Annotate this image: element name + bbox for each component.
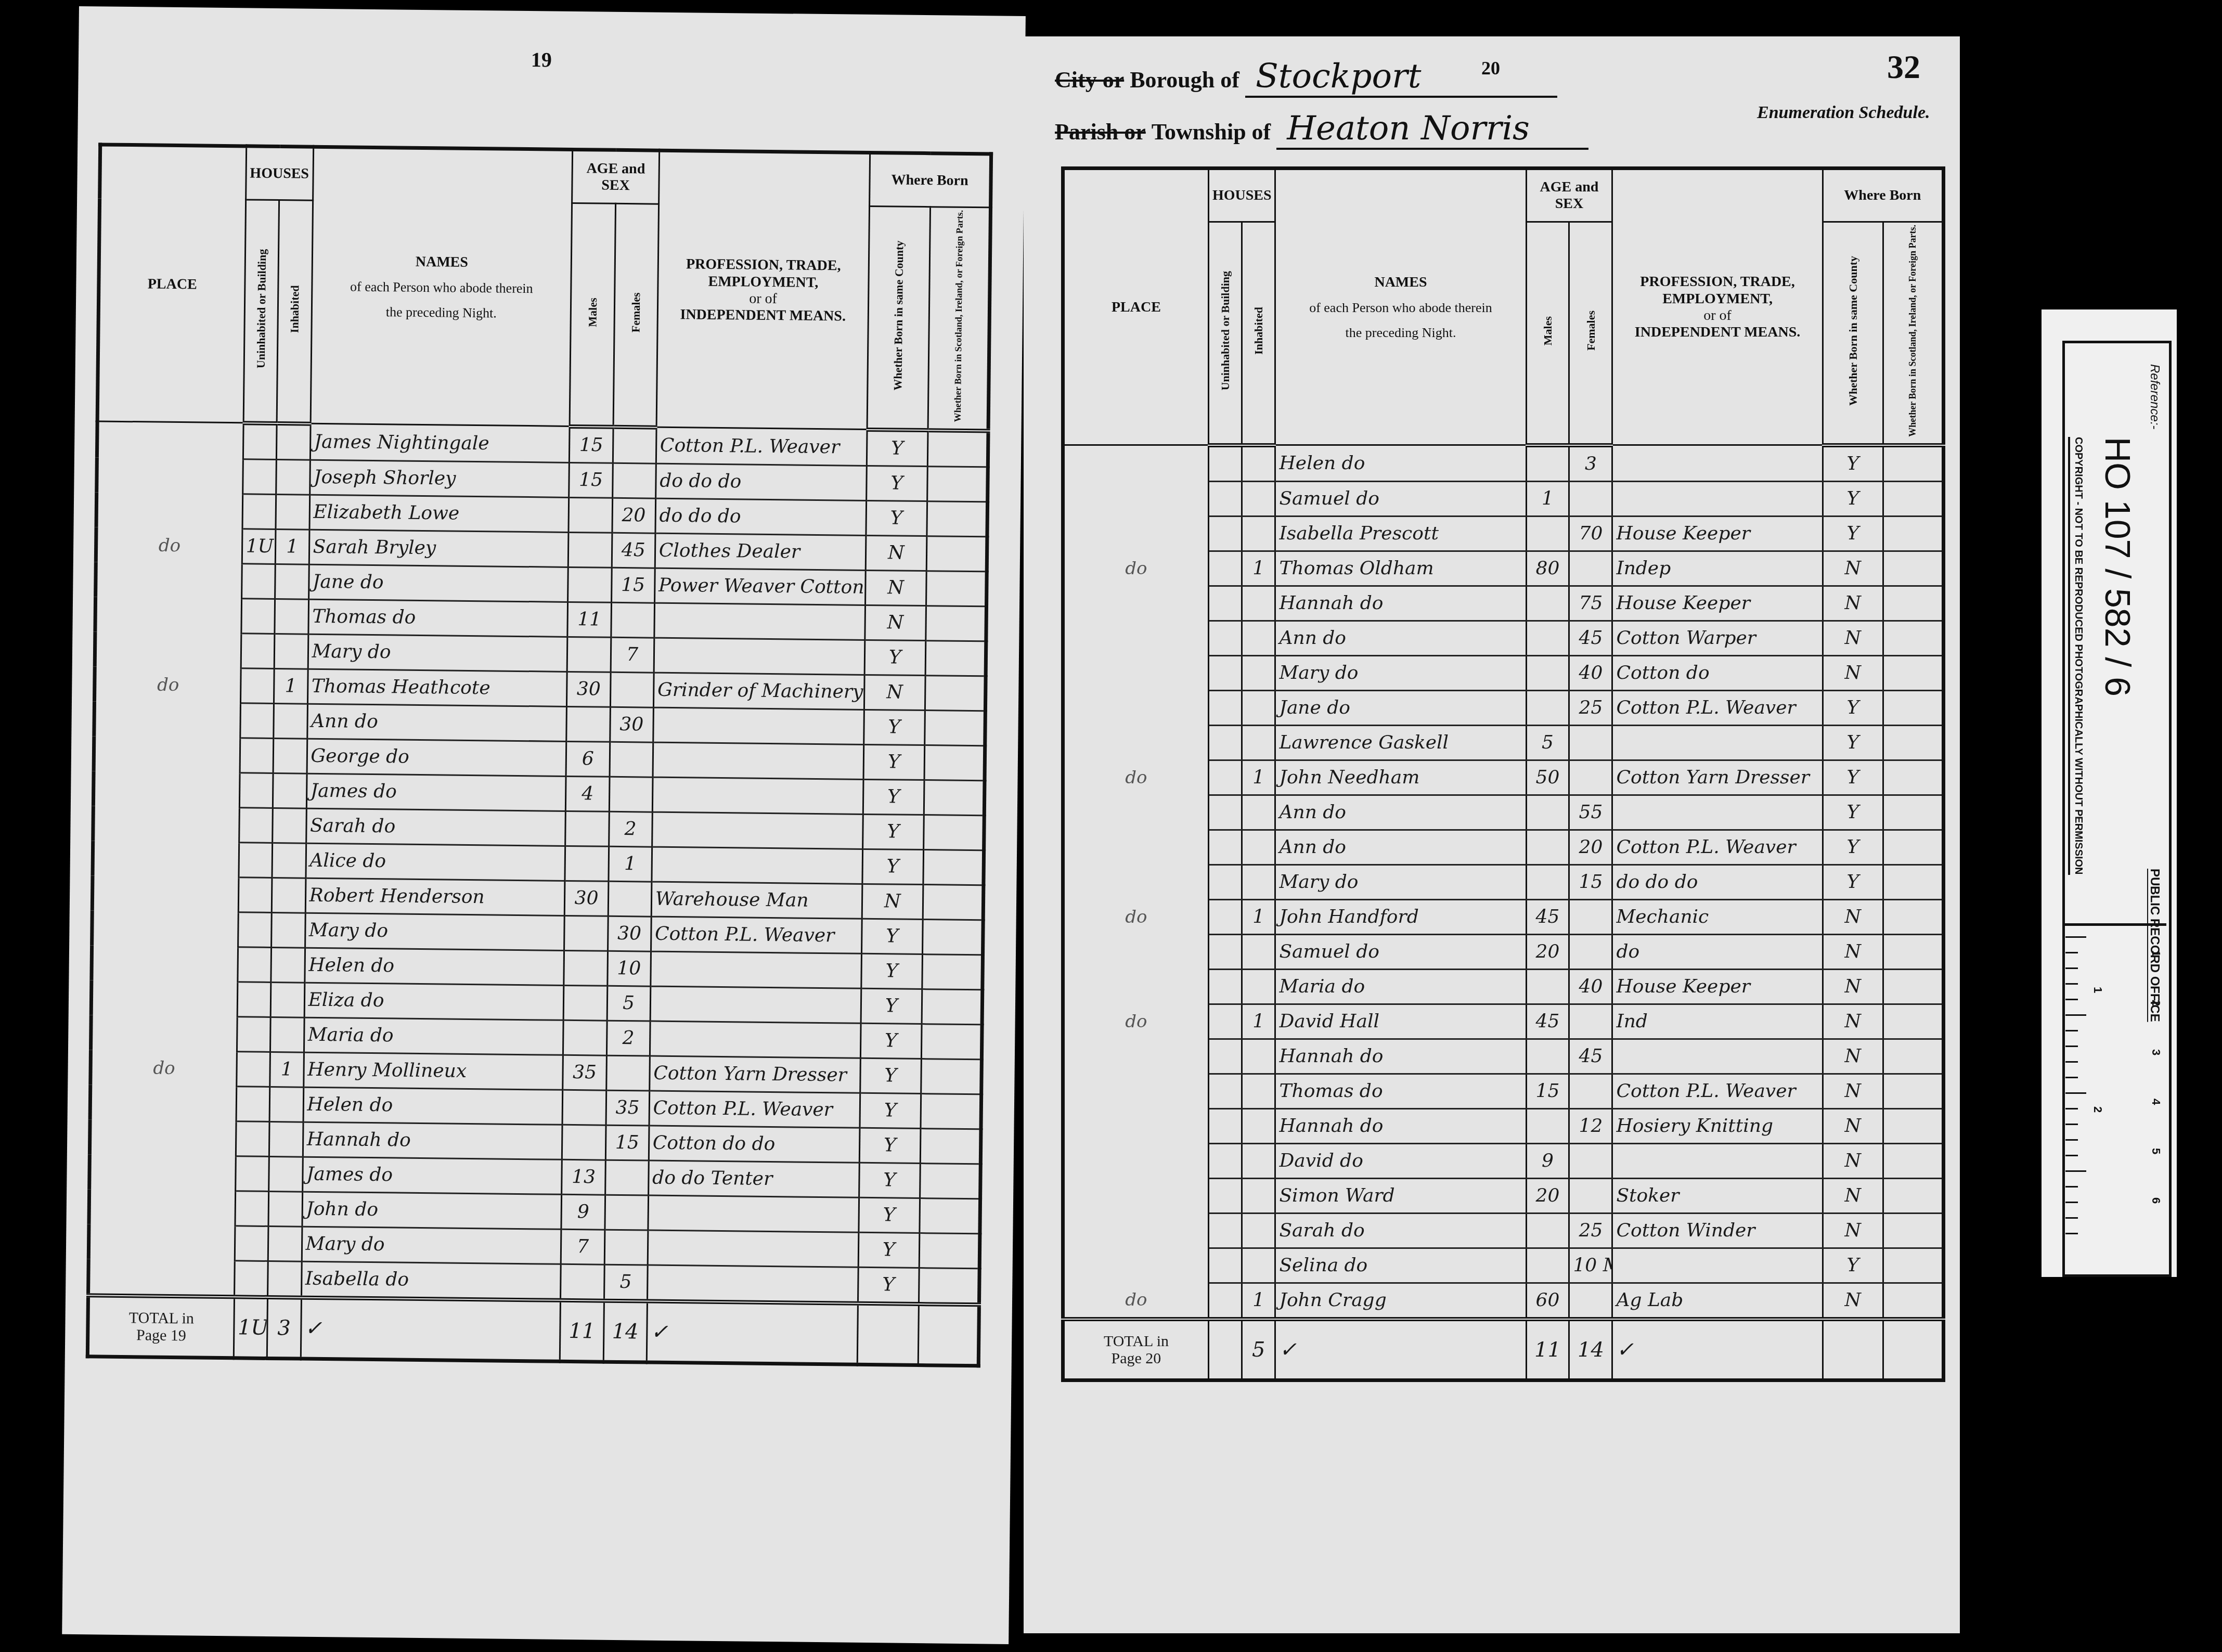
cell-inhabited bbox=[1242, 1074, 1275, 1108]
cell-female: 10 bbox=[607, 951, 651, 986]
cell-name: Robert Henderson bbox=[305, 878, 565, 915]
township-line: Parish or Township of Heaton Norris bbox=[1055, 109, 1588, 150]
table-row: Samuel do20doN bbox=[1063, 934, 1944, 969]
cell-place: do bbox=[96, 527, 242, 564]
cell-elsewhere bbox=[926, 571, 987, 606]
scale-tick bbox=[2065, 952, 2078, 953]
copyright-notice: COPYRIGHT - NOT TO BE REPRODUCED PHOTOGR… bbox=[2068, 437, 2084, 875]
cell-female: 25 bbox=[1569, 1213, 1612, 1248]
profession-line-1: PROFESSION, TRADE, bbox=[1640, 274, 1794, 290]
cell-female bbox=[1569, 551, 1612, 586]
cell-elsewhere bbox=[1883, 969, 1943, 1004]
cell-place bbox=[1063, 1074, 1209, 1108]
cell-same-county: N bbox=[1823, 1108, 1883, 1143]
cell-elsewhere bbox=[1883, 830, 1943, 864]
profession-line-1: PROFESSION, TRADE, bbox=[686, 256, 841, 274]
cell-place bbox=[1063, 445, 1209, 482]
cell-uninhabited bbox=[239, 808, 273, 843]
col-header-place: PLACE bbox=[97, 145, 246, 423]
cell-inhabited bbox=[271, 947, 305, 983]
cell-male bbox=[1526, 1248, 1569, 1283]
cell-place bbox=[1063, 934, 1209, 969]
cell-female: 3 bbox=[1569, 445, 1612, 482]
cell-profession: Cotton do bbox=[1612, 655, 1823, 690]
cell-place bbox=[1063, 1213, 1209, 1248]
cell-profession: Ind bbox=[1612, 1004, 1823, 1039]
cell-female: 10 Months bbox=[1569, 1248, 1612, 1283]
cell-elsewhere bbox=[921, 1059, 981, 1094]
cell-same-county: Y bbox=[860, 1058, 921, 1093]
names-title: NAMES bbox=[416, 254, 468, 270]
cell-profession bbox=[647, 1265, 858, 1303]
borough-prefix-struck: City or bbox=[1055, 67, 1124, 93]
names-sub2: the preceding Night. bbox=[1278, 325, 1523, 341]
cell-same-county: Y bbox=[859, 1163, 920, 1198]
cell-same-county: N bbox=[865, 570, 926, 605]
cell-same-county: N bbox=[1823, 1143, 1883, 1178]
cell-inhabited bbox=[272, 843, 306, 878]
cell-profession bbox=[652, 777, 863, 814]
cell-same-county: Y bbox=[864, 709, 925, 745]
cell-male bbox=[563, 1020, 607, 1055]
cell-name: David do bbox=[1275, 1143, 1526, 1178]
col-header-uninhabited: Uninhabited or Building bbox=[254, 249, 268, 369]
cell-same-county: Y bbox=[862, 849, 923, 884]
scale-tick bbox=[2065, 1030, 2078, 1031]
cell-female: 45 bbox=[1569, 621, 1612, 655]
cell-profession: Cotton P.L. Weaver bbox=[651, 917, 862, 953]
cell-inhabited bbox=[1242, 1108, 1275, 1143]
col-header-profession: PROFESSION, TRADE, EMPLOYMENT, or of IND… bbox=[656, 150, 870, 430]
cell-profession bbox=[648, 1195, 859, 1232]
cell-uninhabited: 1U bbox=[242, 529, 276, 564]
census-rows-left: James Nightingale15Cotton P.L. WeaverYJo… bbox=[87, 421, 988, 1365]
cell-uninhabited bbox=[1208, 621, 1242, 655]
cell-elsewhere bbox=[919, 1268, 979, 1305]
cell-male bbox=[1526, 655, 1569, 690]
cell-elsewhere bbox=[922, 919, 983, 954]
cell-inhabited bbox=[1242, 516, 1275, 551]
cell-female: 7 bbox=[611, 637, 654, 673]
cell-male: 60 bbox=[1526, 1283, 1569, 1319]
cell-name: James do bbox=[302, 1157, 562, 1194]
cell-elsewhere bbox=[1883, 725, 1943, 760]
cell-place bbox=[88, 1224, 235, 1261]
table-row: do1David Hall45IndN bbox=[1063, 1004, 1944, 1039]
cell-female bbox=[613, 427, 656, 463]
cell-place bbox=[96, 493, 242, 529]
cell-name: Henry Mollineux bbox=[303, 1052, 563, 1090]
scale-tick bbox=[2065, 967, 2078, 969]
cell-elsewhere bbox=[1883, 1004, 1943, 1039]
cell-name: Mary do bbox=[1275, 864, 1526, 899]
cell-elsewhere bbox=[927, 467, 988, 502]
cell-place bbox=[1063, 1143, 1209, 1178]
left-page: 19 PLACE HOUSES NAMES of each Person who… bbox=[62, 6, 1026, 1644]
cell-same-county: Y bbox=[862, 919, 923, 954]
cell-name: Mary do bbox=[308, 634, 568, 672]
cell-inhabited bbox=[1242, 1143, 1275, 1178]
cell-same-county: Y bbox=[859, 1128, 920, 1163]
cell-elsewhere bbox=[924, 745, 985, 780]
cell-uninhabited bbox=[236, 1052, 270, 1087]
cell-profession: House Keeper bbox=[1612, 586, 1823, 621]
cell-inhabited bbox=[1242, 621, 1275, 655]
cell-inhabited bbox=[270, 1017, 304, 1052]
names-sub2: the preceding Night. bbox=[314, 304, 568, 322]
cell-name: Sarah do bbox=[306, 808, 566, 846]
cell-male bbox=[1526, 621, 1569, 655]
reference-prefix: Reference:- bbox=[2147, 364, 2162, 429]
cell-same-county: N bbox=[1823, 969, 1883, 1004]
cell-uninhabited bbox=[1208, 725, 1242, 760]
cell-name: Lawrence Gaskell bbox=[1275, 725, 1526, 760]
cell-male: 15 bbox=[569, 462, 613, 498]
scale-tick bbox=[2065, 1046, 2078, 1047]
cell-name: Ann do bbox=[1275, 830, 1526, 864]
cell-place bbox=[1063, 830, 1209, 864]
cell-inhabited bbox=[1242, 864, 1275, 899]
cell-name: Ann do bbox=[1275, 621, 1526, 655]
cell-profession: Hosiery Knitting bbox=[1612, 1108, 1823, 1143]
cell-place bbox=[1063, 690, 1209, 725]
cell-elsewhere bbox=[926, 536, 987, 571]
cell-elsewhere bbox=[920, 1128, 981, 1164]
cell-place bbox=[93, 771, 239, 808]
enumeration-schedule-label: Enumeration Schedule. bbox=[1757, 103, 1930, 123]
cell-same-county: Y bbox=[863, 814, 924, 849]
total-elsewhere bbox=[1883, 1319, 1943, 1380]
total-same-county bbox=[1823, 1319, 1883, 1380]
cell-female: 20 bbox=[612, 498, 656, 533]
cell-name: James Nightingale bbox=[310, 424, 570, 463]
cell-inhabited: 1 bbox=[1242, 899, 1275, 934]
cell-same-county: Y bbox=[1823, 690, 1883, 725]
cell-female bbox=[606, 1055, 650, 1091]
cell-female: 30 bbox=[608, 916, 651, 951]
scale-tick bbox=[2065, 1061, 2078, 1063]
cell-female bbox=[1569, 760, 1612, 795]
cell-elsewhere bbox=[923, 815, 984, 850]
cell-place bbox=[1063, 1108, 1209, 1143]
cell-profession: Cotton do do bbox=[649, 1126, 860, 1163]
cell-female: 15 bbox=[611, 567, 655, 603]
cell-male: 20 bbox=[1526, 934, 1569, 969]
cell-place bbox=[91, 1015, 237, 1052]
cell-profession: Cotton Warper bbox=[1612, 621, 1823, 655]
cell-elsewhere bbox=[924, 710, 985, 745]
cell-place: do bbox=[1063, 899, 1209, 934]
cell-inhabited bbox=[273, 773, 306, 808]
cell-inhabited bbox=[1242, 830, 1275, 864]
cell-male bbox=[566, 706, 610, 742]
cell-same-county: Y bbox=[861, 953, 922, 989]
cell-male bbox=[1526, 795, 1569, 830]
cell-male bbox=[564, 915, 608, 951]
cell-profession: Warehouse Man bbox=[651, 882, 862, 919]
cell-place: do bbox=[1063, 760, 1209, 795]
table-row: Mary do15do do doY bbox=[1063, 864, 1944, 899]
cell-male: 45 bbox=[1526, 899, 1569, 934]
profession-line-3: or of bbox=[1703, 307, 1732, 324]
cell-uninhabited bbox=[241, 599, 275, 634]
cell-female: 30 bbox=[610, 707, 653, 742]
cell-profession: Power Weaver Cotton bbox=[654, 568, 865, 605]
cell-female bbox=[1569, 899, 1612, 934]
cell-name: Samuel do bbox=[1275, 481, 1526, 516]
cell-name: Samuel do bbox=[1275, 934, 1526, 969]
cell-male: 45 bbox=[1526, 1004, 1569, 1039]
cell-male bbox=[1526, 445, 1569, 482]
scale-cm-label: 3 bbox=[2149, 1049, 2163, 1055]
cell-profession: Cotton Winder bbox=[1612, 1213, 1823, 1248]
cell-uninhabited bbox=[1208, 655, 1242, 690]
cell-uninhabited bbox=[234, 1261, 268, 1297]
cell-name: Ann do bbox=[1275, 795, 1526, 830]
reference-code: HO 107 / 582 / 6 bbox=[2097, 437, 2138, 696]
scale-cm-label: 2 bbox=[2149, 1000, 2163, 1006]
cell-place bbox=[89, 1190, 235, 1226]
cell-place bbox=[1063, 655, 1209, 690]
cell-place bbox=[1063, 725, 1209, 760]
cell-place bbox=[97, 458, 243, 494]
cell-inhabited bbox=[1242, 1039, 1275, 1074]
cell-name: Ann do bbox=[307, 704, 567, 741]
table-row: Thomas do15Cotton P.L. WeaverN bbox=[1063, 1074, 1944, 1108]
cell-name: James do bbox=[306, 773, 566, 811]
table-row: Ann do20Cotton P.L. WeaverY bbox=[1063, 830, 1944, 864]
cell-place bbox=[1063, 1248, 1209, 1283]
cell-male bbox=[1526, 690, 1569, 725]
cell-name: David Hall bbox=[1275, 1004, 1526, 1039]
cell-profession bbox=[1612, 725, 1823, 760]
cell-place bbox=[1063, 481, 1209, 516]
table-row: David do9N bbox=[1063, 1143, 1944, 1178]
cell-female bbox=[605, 1195, 649, 1230]
cell-female bbox=[1569, 1074, 1612, 1108]
cell-inhabited: 1 bbox=[1242, 760, 1275, 795]
cell-same-county: Y bbox=[1823, 445, 1883, 482]
total-label-line-2: Page 20 bbox=[1068, 1350, 1205, 1367]
cell-inhabited bbox=[269, 1121, 303, 1157]
cell-profession: do do do bbox=[655, 498, 867, 535]
col-header-inhabited: Inhabited bbox=[1252, 307, 1265, 355]
cell-same-county: Y bbox=[859, 1197, 920, 1233]
cell-elsewhere bbox=[1883, 516, 1943, 551]
cell-male bbox=[1526, 516, 1569, 551]
cell-elsewhere bbox=[1883, 445, 1943, 482]
cell-place bbox=[1063, 516, 1209, 551]
cell-female bbox=[608, 881, 652, 917]
table-row: Lawrence Gaskell5Y bbox=[1063, 725, 1944, 760]
cell-place bbox=[93, 841, 239, 877]
cell-male: 1 bbox=[1526, 481, 1569, 516]
cell-inhabited bbox=[275, 599, 308, 634]
scale-tick bbox=[2065, 1124, 2078, 1125]
total-names-check: ✓ bbox=[301, 1297, 561, 1361]
cell-name: Helen do bbox=[1275, 445, 1526, 482]
cell-name: Jane do bbox=[1275, 690, 1526, 725]
cell-profession: Indep bbox=[1612, 551, 1823, 586]
cell-male bbox=[1526, 1108, 1569, 1143]
cell-name: Mary do bbox=[302, 1227, 562, 1264]
cell-female bbox=[1569, 1004, 1612, 1039]
cell-place bbox=[1063, 586, 1209, 621]
cell-uninhabited bbox=[1208, 551, 1242, 586]
cell-uninhabited bbox=[1208, 1178, 1242, 1213]
cell-same-county: N bbox=[1823, 655, 1883, 690]
measurement-scale: 12345612 bbox=[2062, 923, 2166, 1259]
cell-uninhabited bbox=[240, 738, 274, 773]
cell-name: Sarah do bbox=[1275, 1213, 1526, 1248]
cell-profession: Cotton Yarn Dresser bbox=[649, 1056, 860, 1093]
cell-place bbox=[1063, 864, 1209, 899]
cell-male: 11 bbox=[567, 602, 611, 637]
cell-elsewhere bbox=[1883, 621, 1943, 655]
cell-same-county: Y bbox=[863, 744, 924, 780]
cell-uninhabited bbox=[1208, 760, 1242, 795]
cell-male bbox=[565, 811, 609, 846]
cell-uninhabited bbox=[235, 1226, 268, 1261]
cell-elsewhere bbox=[919, 1233, 980, 1268]
cell-same-county: Y bbox=[1823, 516, 1883, 551]
cell-profession bbox=[653, 742, 864, 779]
cell-male: 7 bbox=[561, 1229, 605, 1264]
cell-female: 20 bbox=[1569, 830, 1612, 864]
cell-same-county: Y bbox=[1823, 1248, 1883, 1283]
cell-female: 45 bbox=[1569, 1039, 1612, 1074]
cell-name: Thomas Oldham bbox=[1275, 551, 1526, 586]
table-row: Samuel do1Y bbox=[1063, 481, 1944, 516]
cell-profession bbox=[1612, 445, 1823, 482]
cell-name: Thomas Heathcote bbox=[307, 669, 567, 706]
cell-inhabited: 1 bbox=[1242, 1283, 1275, 1319]
cell-place bbox=[1063, 969, 1209, 1004]
cell-name: Helen do bbox=[304, 948, 564, 985]
cell-elsewhere bbox=[921, 1093, 981, 1129]
cell-elsewhere bbox=[919, 1198, 980, 1233]
cell-uninhabited bbox=[238, 912, 272, 948]
cell-inhabited bbox=[275, 564, 309, 599]
col-header-houses: HOUSES bbox=[246, 146, 313, 200]
cell-profession bbox=[1612, 1039, 1823, 1074]
cell-profession bbox=[651, 951, 862, 988]
scale-tick bbox=[2065, 983, 2078, 985]
cell-uninhabited bbox=[241, 564, 275, 599]
table-row: Sarah do25Cotton WinderN bbox=[1063, 1213, 1944, 1248]
scale-tick bbox=[2065, 1155, 2078, 1156]
cell-profession: do do do bbox=[655, 463, 867, 500]
borough-value: Stockport bbox=[1245, 57, 1557, 98]
cell-inhabited bbox=[1242, 655, 1275, 690]
cell-female: 75 bbox=[1569, 586, 1612, 621]
cell-elsewhere bbox=[925, 675, 986, 711]
cell-female: 45 bbox=[612, 533, 655, 568]
cell-inhabited bbox=[1242, 934, 1275, 969]
cell-place bbox=[97, 421, 243, 459]
cell-female: 15 bbox=[1569, 864, 1612, 899]
cell-elsewhere bbox=[926, 501, 987, 536]
cell-male bbox=[567, 637, 611, 672]
cell-inhabited: 1 bbox=[270, 1052, 304, 1087]
cell-male: 9 bbox=[561, 1194, 605, 1230]
cell-uninhabited bbox=[235, 1191, 269, 1227]
cell-elsewhere bbox=[922, 989, 983, 1024]
cell-female: 12 bbox=[1569, 1108, 1612, 1143]
col-header-males: Males bbox=[1541, 316, 1554, 345]
cell-male bbox=[565, 846, 609, 881]
cell-uninhabited bbox=[1208, 1248, 1242, 1283]
cell-elsewhere bbox=[1883, 795, 1943, 830]
scale-tick bbox=[2065, 1108, 2078, 1109]
cell-profession bbox=[650, 1021, 861, 1058]
cell-same-county: Y bbox=[867, 466, 927, 501]
cell-female bbox=[1569, 481, 1612, 516]
cell-inhabited: 1 bbox=[1242, 551, 1275, 586]
cell-place: do bbox=[95, 667, 241, 703]
cell-elsewhere bbox=[1883, 1248, 1943, 1283]
cell-elsewhere bbox=[1883, 1143, 1943, 1178]
scale-tick bbox=[2065, 1186, 2078, 1188]
cell-same-county: N bbox=[1823, 1074, 1883, 1108]
scale-cm-label: 5 bbox=[2149, 1148, 2163, 1154]
cell-elsewhere bbox=[1883, 899, 1943, 934]
cell-female: 40 bbox=[1569, 655, 1612, 690]
cell-uninhabited bbox=[1208, 1074, 1242, 1108]
cell-inhabited bbox=[272, 877, 305, 913]
profession-line-2: EMPLOYMENT, bbox=[1662, 291, 1773, 307]
names-sub1: of each Person who abode therein bbox=[315, 279, 569, 297]
table-row: Hannah do75House KeeperN bbox=[1063, 586, 1944, 621]
cell-name: Mary do bbox=[1275, 655, 1526, 690]
cell-profession bbox=[1612, 795, 1823, 830]
cell-same-county: N bbox=[1823, 551, 1883, 586]
cell-profession: Cotton P.L. Weaver bbox=[1612, 690, 1823, 725]
cell-name: Hannah do bbox=[1275, 1108, 1526, 1143]
cell-female bbox=[1569, 1283, 1612, 1319]
cell-same-county: Y bbox=[1823, 481, 1883, 516]
cell-uninhabited bbox=[1208, 830, 1242, 864]
scale-tick bbox=[2065, 936, 2086, 938]
scale-cm-label: 6 bbox=[2149, 1197, 2163, 1204]
cell-uninhabited bbox=[243, 423, 277, 459]
cell-elsewhere bbox=[1883, 1108, 1943, 1143]
cell-uninhabited bbox=[237, 982, 271, 1017]
cell-female: 40 bbox=[1569, 969, 1612, 1004]
col-header-houses: HOUSES bbox=[1208, 169, 1275, 222]
col-header-where-born: Where Born bbox=[870, 152, 991, 207]
cell-uninhabited bbox=[1208, 1004, 1242, 1039]
cell-name: Joseph Shorley bbox=[309, 460, 570, 497]
table-row: do1Thomas Oldham80IndepN bbox=[1063, 551, 1944, 586]
cell-same-county: N bbox=[1823, 1039, 1883, 1074]
cell-uninhabited bbox=[1208, 864, 1242, 899]
scale-tick bbox=[2065, 1014, 2086, 1016]
cell-male bbox=[1526, 1213, 1569, 1248]
cell-inhabited bbox=[274, 703, 307, 739]
cell-name: Jane do bbox=[308, 564, 569, 602]
township-label: Township of bbox=[1152, 119, 1271, 145]
col-header-females: Females bbox=[1584, 311, 1597, 351]
total-males: 11 bbox=[1526, 1319, 1569, 1380]
cell-female: 15 bbox=[605, 1125, 649, 1160]
cell-same-county: N bbox=[1823, 1004, 1883, 1039]
total-row: TOTAL inPage 191U3✓1114✓ bbox=[87, 1295, 979, 1365]
cell-same-county: N bbox=[864, 675, 925, 710]
cell-same-county: Y bbox=[860, 1093, 921, 1128]
cell-name: Thomas do bbox=[308, 599, 568, 637]
cell-female: 1 bbox=[609, 846, 652, 882]
